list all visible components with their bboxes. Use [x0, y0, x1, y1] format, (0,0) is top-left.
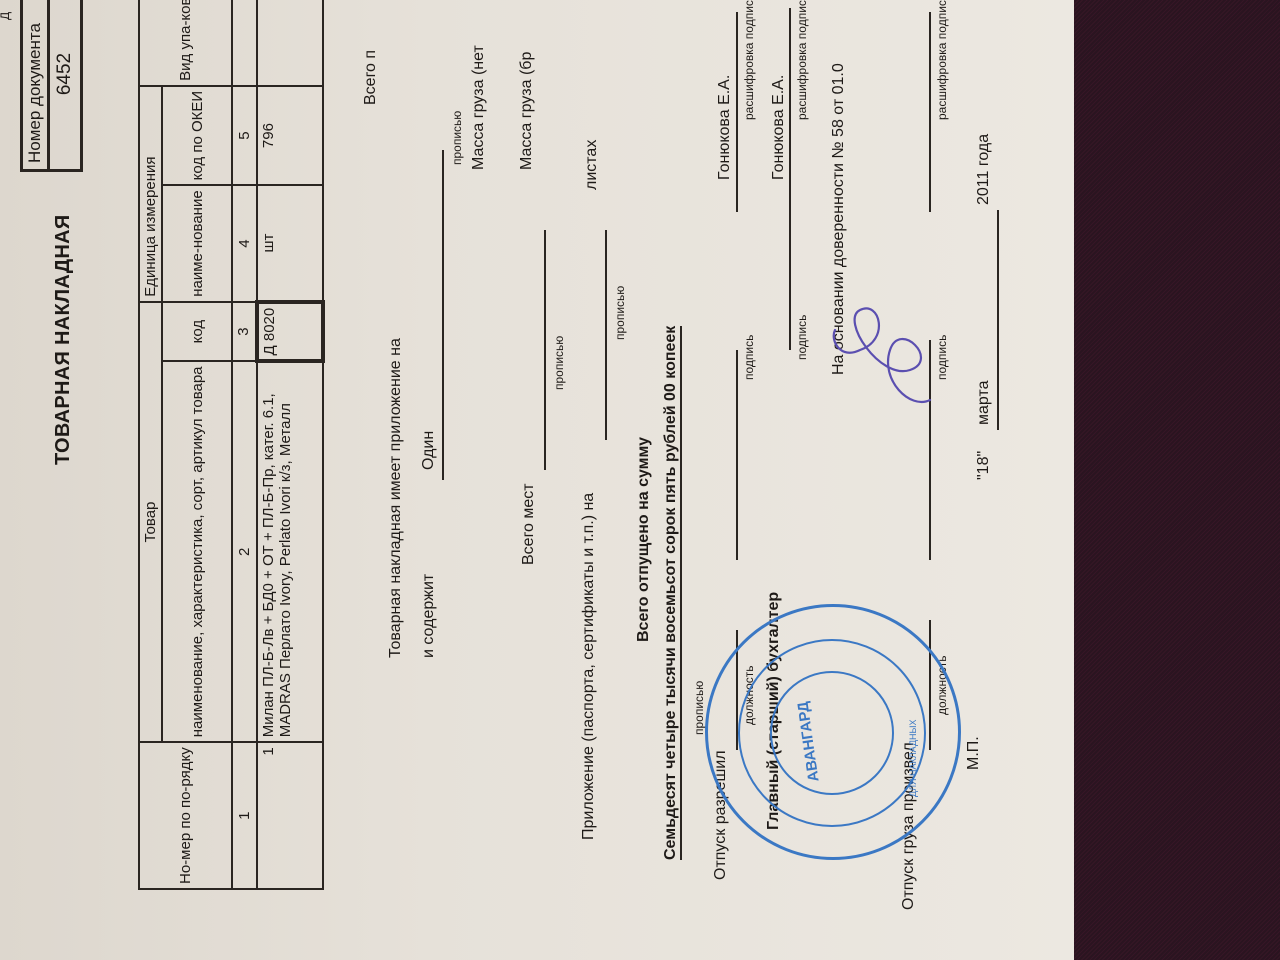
header-number: Но-мер по по-рядку — [139, 742, 232, 889]
col-number-4: 4 — [232, 185, 256, 301]
written-hint: прописью — [450, 111, 464, 165]
header-unit: Единица измерения — [139, 86, 162, 302]
document-title: ТОВАРНАЯ НАКЛАДНАЯ — [52, 214, 75, 465]
document-number: 6452 — [50, 0, 80, 169]
stamp-place: М.П. — [965, 736, 983, 770]
row-goods-name: Милан ПЛ-Б-Лв + БД0 + ОТ + ПЛ-Б-Пр, кате… — [257, 361, 323, 742]
header-package: Вид упа-ковки — [139, 0, 232, 86]
total-amount-words: Семьдесят четыре тысячи восемьсот сорок … — [662, 326, 682, 860]
cropped-text: Д — [0, 12, 12, 20]
header-goods-code: код — [162, 302, 232, 362]
col-number-3: 3 — [232, 302, 256, 362]
document-page: Д ТОВАРНАЯ НАКЛАДНАЯ Номер документа 645… — [0, 0, 1074, 960]
mass-gross-label: Масса груза (бр — [518, 52, 536, 170]
goods-table: Но-мер по по-рядку Товар Единица измерен… — [138, 0, 325, 890]
sheets-label: листах — [583, 140, 601, 190]
attachment-docs-label: Приложение (паспорта, сертификаты и т.п.… — [580, 493, 598, 840]
stamp-emblem — [770, 671, 894, 795]
document-number-label: Номер документа — [23, 0, 50, 169]
col-number-2: 2 — [232, 361, 256, 742]
places-written-hint: прописью — [552, 336, 566, 390]
consignment-note-paper: Д ТОВАРНАЯ НАКЛАДНАЯ Номер документа 645… — [0, 0, 1074, 960]
date-day: "18" — [975, 451, 993, 480]
header-goods-name: наименование, характеристика, сорт, арти… — [162, 361, 232, 742]
total-released-label: Всего отпущено на сумму — [635, 437, 653, 642]
accountant-signature-hint: подпись — [795, 315, 809, 360]
header-goods: Товар — [139, 302, 162, 743]
stamp-bottom-text: ДЛЯ НАКЛАДНЫХ — [908, 719, 918, 797]
signature-hint: подпись — [742, 335, 756, 380]
row-number: 1 — [257, 742, 323, 889]
document-number-box: Номер документа 6452 — [20, 0, 83, 172]
total-cut-label: Всего п — [362, 50, 380, 105]
date-year: 2011 года — [975, 134, 993, 205]
header-unit-name: наиме-нование — [162, 185, 232, 301]
row-goods-code: Д 8020 — [257, 302, 323, 362]
amount-written-hint: прописью — [692, 681, 706, 735]
table-row: 1 Милан ПЛ-Б-Лв + БД0 + ОТ + ПЛ-Б-Пр, ка… — [257, 0, 323, 889]
header-okei: код по ОКЕИ — [162, 86, 232, 186]
release-allowed-name: Гонюкова Е.А. — [716, 75, 734, 180]
chief-accountant-name: Гонюкова Е.А. — [770, 75, 788, 180]
handwritten-signature — [820, 290, 960, 420]
cargo-decode-hint: расшифровка подписи — [935, 0, 949, 120]
row-unit-name: шт — [257, 185, 323, 301]
company-stamp: АВАНГАРД ДЛЯ НАКЛАДНЫХ — [705, 604, 961, 860]
col-number-5: 5 — [232, 86, 256, 186]
row-okei: 796 — [257, 86, 323, 186]
accountant-decode-hint: расшифровка подписи — [795, 0, 809, 120]
total-places-label: Всего мест — [520, 483, 538, 565]
contains-label: и содержит — [420, 574, 438, 658]
mass-net-label: Масса груза (нет — [470, 45, 488, 170]
decode-hint: расшифровка подписи — [742, 0, 756, 120]
docs-written-hint: прописью — [613, 286, 627, 340]
col-number-1: 1 — [232, 742, 256, 889]
attachment-text: Товарная накладная имеет приложение на — [387, 338, 405, 658]
